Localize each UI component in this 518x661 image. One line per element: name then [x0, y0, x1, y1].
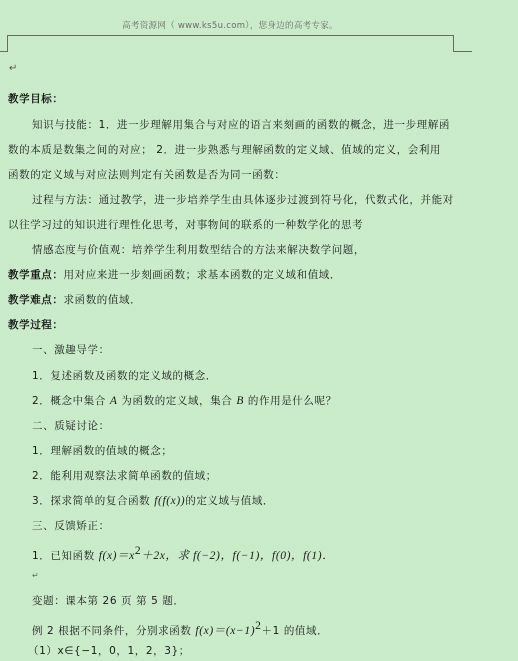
section-1-item-2: 2．概念中集合 A 为函数的定义域，集合 B 的作用是什么呢？	[32, 394, 337, 408]
header-corner-right-stub	[453, 51, 472, 52]
process-line-2: 以往学习过的知识进行理性化思考，对事物间的联系的一种数学化的思考	[8, 218, 363, 232]
text-segment: 2．概念中集合	[32, 395, 110, 407]
goals-heading: 教学目标：	[8, 92, 64, 106]
text-segment: 的定义域与值域．	[185, 495, 274, 507]
section-1-title: 一、激趣导学：	[32, 343, 110, 357]
process-heading: 教学过程：	[8, 318, 64, 332]
knowledge-line-2: 数的本质是数集之间的对应； 2．进一步熟悉与理解函数的定义域、值域的定义，会利用	[8, 143, 441, 157]
key-points-text: 用对应来进一步刻画函数；求基本函数的定义域和值域．	[64, 269, 342, 281]
header-rule	[7, 35, 453, 36]
header-corner-left	[7, 35, 8, 52]
section-3-item-1: 1．已知函数 f(x)＝x2＋2x，求 f(−2)，f(−1)，f(0)，f(1…	[32, 544, 334, 563]
text-segment: 3．探求简单的复合函数	[32, 495, 154, 507]
equation: ＝x	[117, 550, 135, 562]
function-definition: f(x)＝(x−1)	[195, 625, 255, 637]
section-2-item-3: 3．探求简单的复合函数 f(f(x))的定义域与值域．	[32, 494, 274, 508]
section-1-item-1: 1．复述函数及函数的定义域的概念．	[32, 369, 217, 383]
text-segment: 例 2 根据不同条件，分别求函数	[32, 625, 195, 637]
knowledge-line-3: 函数的定义域与对应法则判定有关函数是否为同一函数：	[8, 168, 286, 182]
emotion-line: 情感态度与价值观：培养学生利用数型结合的方法来解决数学问题，	[32, 243, 365, 257]
section-2-item-2: 2．能利用观察法求简单函数的值域；	[32, 469, 217, 483]
section-2-title: 二、质疑讨论：	[32, 419, 110, 433]
text-segment: 的作用是什么呢？	[244, 395, 337, 407]
equation-rest: ＋2x，求	[141, 550, 193, 562]
process-line-1: 过程与方法：通过教学，进一步培养学生由具体逐步过渡到符号化，代数式化，并能对	[32, 193, 454, 207]
example-2-case-1: （1）x∈{−1，0，1，2，3}；	[28, 644, 190, 658]
paragraph-mark-icon: ↵	[9, 63, 17, 74]
example-2-line: 例 2 根据不同条件，分别求函数 f(x)＝(x−1)2＋1 的值域．	[32, 619, 328, 638]
blank-paragraph-mark: ↵	[32, 569, 39, 583]
text-segment: ＋1 的值域．	[262, 625, 329, 637]
variant-line: 变题：课本第 26 页 第 5 题．	[32, 594, 185, 608]
header-corner-left-stub	[0, 51, 8, 52]
heading-text: 教学目标：	[8, 93, 64, 105]
set-b: B	[236, 395, 244, 407]
composite-function: f(f(x))	[154, 495, 185, 507]
section-3-title: 三、反馈矫正：	[32, 519, 110, 533]
difficult-points-line: 教学难点：求函数的值域．	[8, 293, 141, 307]
function-values: f(−2)，f(−1)，f(0)，f(1)．	[193, 550, 334, 562]
section-2-item-1: 1．理解函数的值域的概念；	[32, 444, 172, 458]
difficult-points-text: 求函数的值域．	[64, 294, 142, 306]
header-corner-right	[453, 35, 454, 52]
difficult-points-label: 教学难点：	[8, 294, 64, 306]
knowledge-line-1: 知识与技能：1．进一步理解用集合与对应的语言来刻画的函数的概念，进一步理解函	[32, 118, 450, 132]
header-text: 高考资源网（ www.ks5u.com），您身边的高考专家。	[0, 19, 460, 31]
text-segment: 1．已知函数	[32, 550, 99, 562]
key-points-label: 教学重点：	[8, 269, 64, 281]
text-segment: 为函数的定义域，集合	[117, 395, 236, 407]
function-fx: f(x)	[99, 550, 117, 562]
key-points-line: 教学重点：用对应来进一步刻画函数；求基本函数的定义域和值域．	[8, 268, 341, 282]
